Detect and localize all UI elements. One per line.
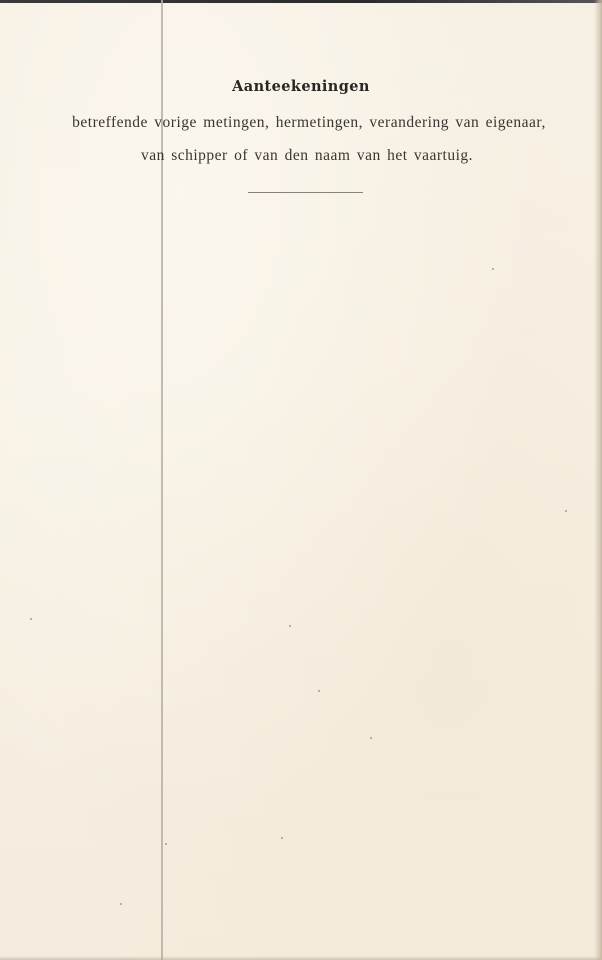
subtitle-line-1: betreffende vorige metingen, hermetingen… bbox=[8, 114, 602, 132]
paper-speck bbox=[492, 268, 494, 270]
paper-speck bbox=[281, 837, 283, 839]
margin-line bbox=[161, 0, 163, 960]
page-bottom-edge bbox=[0, 956, 602, 960]
paper-speck bbox=[565, 510, 567, 512]
paper-speck bbox=[165, 843, 167, 845]
page-right-edge bbox=[594, 0, 602, 960]
document-page: Aanteekeningen betreffende vorige meting… bbox=[0, 0, 602, 960]
page-heading: Aanteekeningen bbox=[0, 78, 602, 95]
paper-speck bbox=[289, 625, 291, 627]
paper-speck bbox=[120, 903, 122, 905]
paper-speck bbox=[30, 618, 32, 620]
heading-rule-divider bbox=[248, 192, 363, 193]
subtitle-line-2: van schipper of van den naam van het vaa… bbox=[6, 147, 602, 165]
paper-speck bbox=[370, 737, 372, 739]
paper-speck bbox=[318, 690, 320, 692]
page-top-edge bbox=[0, 0, 602, 3]
